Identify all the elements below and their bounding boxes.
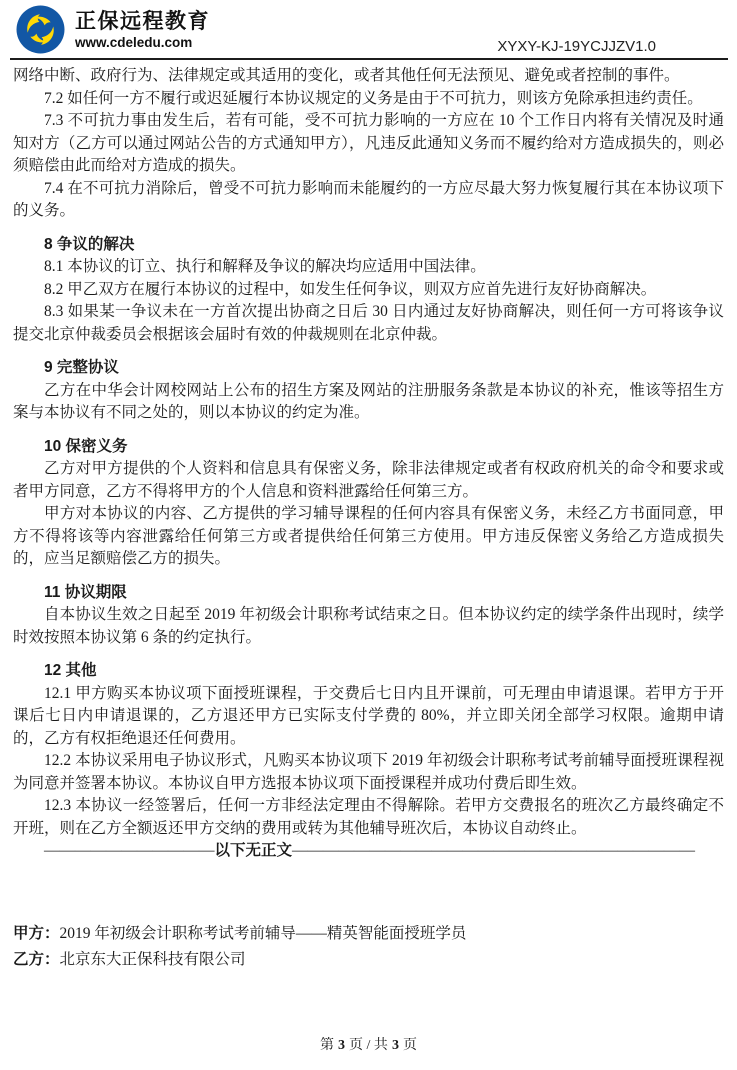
clause-9-body: 乙方在中华会计网校网站上公布的招生方案及网站的注册服务条款是本协议的补充，惟该等… — [13, 380, 724, 425]
clause-12-3: 12.3 本协议一经签署后，任何一方非经法定理由不得解除。若甲方交费报名的班次乙… — [13, 795, 724, 840]
blank-gap — [0, 863, 737, 921]
clause-11-body: 自本协议生效之日起至 2019 年初级会计职称考试结束之日。但本协议约定的续学条… — [13, 604, 724, 649]
clause-10-body-2: 甲方对本协议的内容、乙方提供的学习辅导课程的任何内容具有保密义务，未经乙方书面同… — [13, 503, 724, 571]
party-jia-value: 2019 年初级会计职称考试考前辅导——精英智能面授班学员 — [60, 925, 467, 942]
section-heading-9: 9 完整协议 — [13, 357, 724, 380]
current-page-number: 3 — [338, 1038, 345, 1053]
party-yi-label: 乙方： — [13, 951, 60, 968]
page-header: 正保远程教育 www.cdeledu.com XYXY-KJ-19YCJJZV1… — [10, 0, 728, 60]
brand-logo-block: 正保远程教育 www.cdeledu.com — [16, 5, 210, 54]
clause-7-4: 7.4 在不可抗力消除后，曾受不可抗力影响而未能履约的一方应尽最大努力恢复履行其… — [13, 178, 724, 223]
separator-label: 以下无正文 — [215, 842, 293, 859]
parties-block: 甲方：2019 年初级会计职称考试考前辅导——精英智能面授班学员 乙方：北京东大… — [13, 921, 724, 973]
section-heading-10: 10 保密义务 — [13, 436, 724, 459]
party-jia: 甲方：2019 年初级会计职称考试考前辅导——精英智能面授班学员 — [13, 921, 724, 947]
document-page: 正保远程教育 www.cdeledu.com XYXY-KJ-19YCJJZV1… — [0, 0, 737, 1070]
brand-url: www.cdeledu.com — [75, 34, 210, 51]
clause-8-1: 8.1 本协议的订立、执行和解释及争议的解决均应适用中国法律。 — [13, 256, 724, 279]
party-yi: 乙方：北京东大正保科技有限公司 — [13, 947, 724, 973]
brand-text: 正保远程教育 www.cdeledu.com — [75, 9, 210, 51]
brand-name: 正保远程教育 — [75, 9, 210, 34]
contract-body: 网络中断、政府行为、法律规定或其适用的变化，或者其他任何无法预见、避免或者控制的… — [13, 65, 724, 863]
clause-12-2: 12.2 本协议采用电子协议形式，凡购买本协议项下 2019 年初级会计职称考试… — [13, 750, 724, 795]
clause-8-3: 8.3 如果某一争议未在一方首次提出协商之日后 30 日内通过友好协商解决，则任… — [13, 301, 724, 346]
page-footer: 第3页 / 共3页 — [0, 1034, 737, 1054]
party-jia-label: 甲方： — [13, 925, 60, 942]
section-heading-8: 8 争议的解决 — [13, 234, 724, 257]
clause-7-2: 7.2 如任何一方不履行或迟延履行本协议规定的义务是由于不可抗力，则该方免除承担… — [13, 88, 724, 111]
end-of-text-separator: ———————————以下无正文————————————————————————… — [13, 840, 724, 863]
section-heading-11: 11 协议期限 — [13, 582, 724, 605]
clause-8-2: 8.2 甲乙双方在履行本协议的过程中，如发生任何争议，则双方应首先进行友好协商解… — [13, 279, 724, 302]
clause-continuation: 网络中断、政府行为、法律规定或其适用的变化，或者其他任何无法预见、避免或者控制的… — [13, 65, 724, 88]
separator-right-dashes: —————————————————————————— — [292, 842, 695, 859]
clause-7-3: 7.3 不可抗力事由发生后，若有可能，受不可抗力影响的一方应在 10 个工作日内… — [13, 110, 724, 178]
section-heading-12: 12 其他 — [13, 660, 724, 683]
document-code: XYXY-KJ-19YCJJZV1.0 — [497, 38, 656, 55]
clause-12-1: 12.1 甲方购买本协议项下面授班课程，于交费后七日内且开课前，可无理由申请退课… — [13, 683, 724, 751]
footer-prefix: 第 — [320, 1038, 334, 1053]
total-page-number: 3 — [392, 1038, 399, 1053]
clause-10-body-1: 乙方对甲方提供的个人资料和信息具有保密义务，除非法律规定或者有权政府机关的命令和… — [13, 458, 724, 503]
footer-suffix: 页 — [403, 1038, 417, 1053]
cdeledu-logo-icon — [16, 5, 65, 54]
party-yi-value: 北京东大正保科技有限公司 — [60, 951, 246, 968]
separator-left-dashes: ——————————— — [44, 842, 215, 859]
footer-middle: 页 / 共 — [349, 1038, 388, 1053]
